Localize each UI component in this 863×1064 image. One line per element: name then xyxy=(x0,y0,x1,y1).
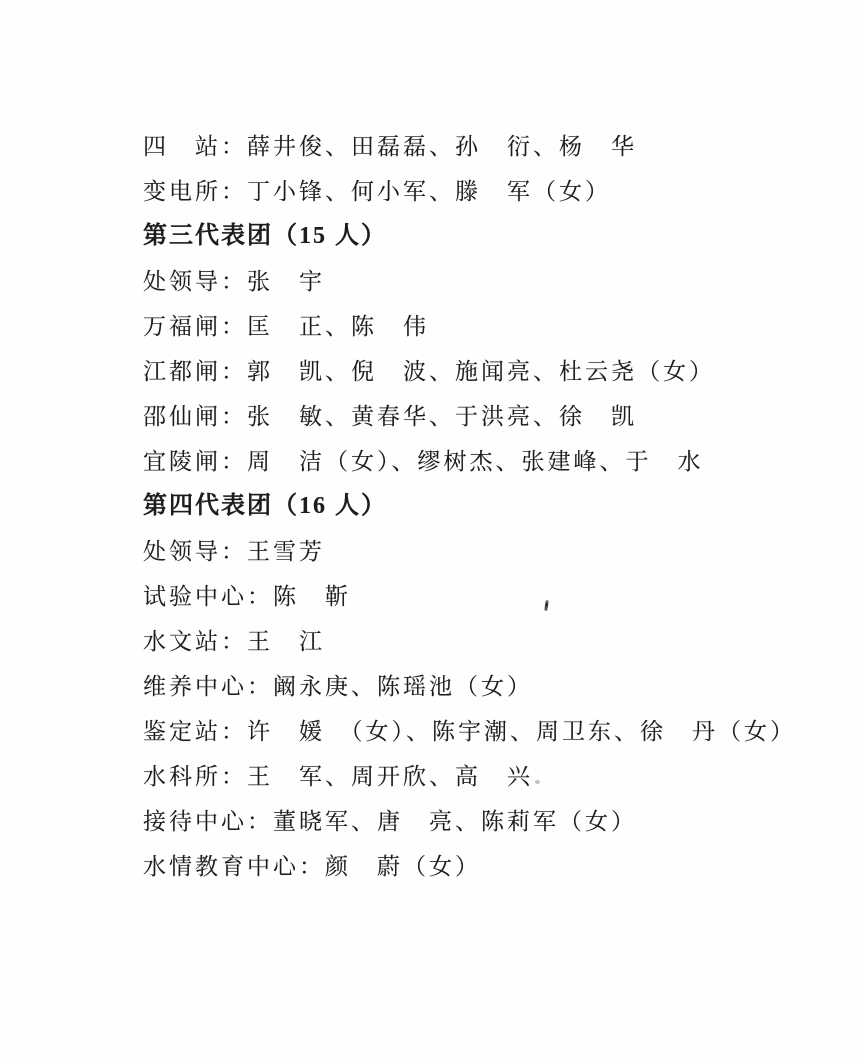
roster-line: 江都闸：郭 凯、倪 波、施闻亮、杜云尧（女） xyxy=(143,349,803,394)
roster-line: 处领导：张 宇 xyxy=(143,259,803,304)
roster-line: 鉴定站：许 媛 （女）、陈宇潮、周卫东、徐 丹（女） xyxy=(143,709,803,754)
roster-line: 四 站：薛井俊、田磊磊、孙 衍、杨 华 xyxy=(143,124,803,169)
section-heading: 第三代表团（15 人） xyxy=(143,214,803,259)
roster-line: 处领导：王雪芳 xyxy=(143,529,803,574)
roster-line: 试验中心：陈 靳 xyxy=(143,574,803,619)
roster-line: 水情教育中心：颜 蔚（女） xyxy=(143,844,803,889)
roster-lines: 四 站：薛井俊、田磊磊、孙 衍、杨 华变电所：丁小锋、何小军、滕 军（女）第三代… xyxy=(143,124,803,889)
roster-line: 万福闸：匡 正、陈 伟 xyxy=(143,304,803,349)
roster-line: 邵仙闸：张 敏、黄春华、于洪亮、徐 凯 xyxy=(143,394,803,439)
scan-speck xyxy=(535,780,540,784)
roster-line: 水科所：王 军、周开欣、高 兴 xyxy=(143,754,803,799)
roster-line: 水文站：王 江 xyxy=(143,619,803,664)
roster-line: 接待中心：董晓军、唐 亮、陈莉军（女） xyxy=(143,799,803,844)
document-page: 四 站：薛井俊、田磊磊、孙 衍、杨 华变电所：丁小锋、何小军、滕 军（女）第三代… xyxy=(0,0,863,1064)
roster-line: 变电所：丁小锋、何小军、滕 军（女） xyxy=(143,169,803,214)
roster-line: 维养中心：阚永庚、陈瑶池（女） xyxy=(143,664,803,709)
roster-line: 宜陵闸：周 洁（女）、缪树杰、张建峰、于 水 xyxy=(143,439,803,484)
section-heading: 第四代表团（16 人） xyxy=(143,484,803,529)
